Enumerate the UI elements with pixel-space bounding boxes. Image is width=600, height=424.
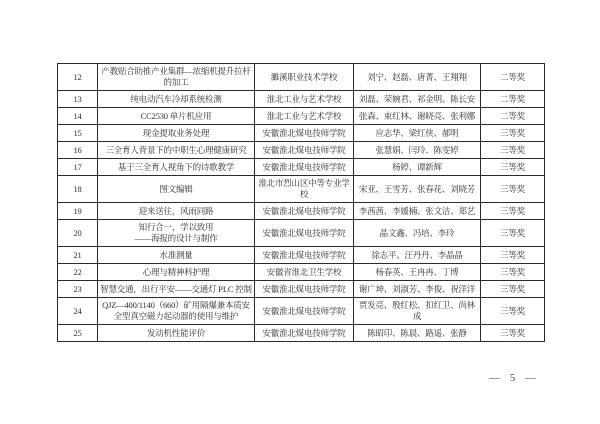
- table-row: 20知行合一，学以致用 ——海报的设计与制作安徽淮北煤电技师学院晶文鑫、冯培、李…: [58, 220, 545, 247]
- members-cell: 晶文鑫、冯培、李玲: [354, 220, 481, 247]
- award-cell: 三等奖: [481, 176, 545, 203]
- award-cell: 二等奖: [481, 91, 545, 108]
- row-number-cell: 13: [58, 91, 98, 108]
- award-cell: 三等奖: [481, 298, 545, 325]
- table-row: 25发动机性能评价安徽淮北煤电技师学院陈昭印、陈晨、路遥、张静三等奖: [58, 325, 545, 342]
- school-cell: 濉溪职业技术学校: [255, 64, 354, 91]
- project-cell: 三全育人背景下的中职生心理健康研究: [98, 142, 255, 159]
- award-cell: 三等奖: [481, 325, 545, 342]
- row-number-cell: 17: [58, 159, 98, 176]
- members-cell: 贾发亮、殷红松、扣红卫、尚林成: [354, 298, 481, 325]
- members-cell: 应志华、梁红侠、郝明: [354, 125, 481, 142]
- document-page: 12产教贴合助推产业集群—浓缩机提升拉杆的加工濉溪职业技术学校刘宁、赵磊、唐菁、…: [0, 0, 600, 424]
- table-row: 16三全育人背景下的中职生心理健康研究安徽淮北煤电技师学院张慧娟、闫玲、陈雯婷三…: [58, 142, 545, 159]
- school-cell: 安徽淮北煤电技师学院: [255, 281, 354, 298]
- school-cell: 淮北工业与艺术学校: [255, 91, 354, 108]
- row-number-cell: 19: [58, 203, 98, 220]
- members-cell: 杨春英、王冉冉、丁博: [354, 264, 481, 281]
- table-row: 17基于三全育人视角下的诗歌教学安徽淮北煤电技师学院杨婷、谭新辉三等奖: [58, 159, 545, 176]
- award-cell: 三等奖: [481, 281, 545, 298]
- table-row: 12产教贴合助推产业集群—浓缩机提升拉杆的加工濉溪职业技术学校刘宁、赵磊、唐菁、…: [58, 64, 545, 91]
- project-cell: 发动机性能评价: [98, 325, 255, 342]
- school-cell: 淮北市烈山区中等专业学校: [255, 176, 354, 203]
- table-row: 23智慧交通，出行平安——交通灯 PLC 控制安徽淮北煤电技师学院谢广坤、刘淑芳…: [58, 281, 545, 298]
- members-cell: 徐志平、汪丹丹、李晶晶: [354, 247, 481, 264]
- row-number-cell: 12: [58, 64, 98, 91]
- school-cell: 安徽淮北煤电技师学院: [255, 325, 354, 342]
- school-cell: 安徽淮北煤电技师学院: [255, 159, 354, 176]
- project-cell: 心理与精神科护理: [98, 264, 255, 281]
- school-cell: 安徽淮北煤电技师学院: [255, 203, 354, 220]
- table-row: 19迎来送往，风雨同路安徽淮北煤电技师学院李茜茜、李媛楠、张文洁、郑艺三等奖: [58, 203, 545, 220]
- members-cell: 张森、束红林、谢晓亮、张利娜: [354, 108, 481, 125]
- school-cell: 安徽淮北煤电技师学院: [255, 298, 354, 325]
- award-cell: 三等奖: [481, 159, 545, 176]
- award-cell: 三等奖: [481, 203, 545, 220]
- school-cell: 安徽淮北煤电技师学院: [255, 220, 354, 247]
- row-number-cell: 22: [58, 264, 98, 281]
- project-cell: 迎来送往，风雨同路: [98, 203, 255, 220]
- row-number-cell: 15: [58, 125, 98, 142]
- table-row: 21水准测量安徽淮北煤电技师学院徐志平、汪丹丹、李晶晶三等奖: [58, 247, 545, 264]
- table-row: 13纯电动汽车冷却系统检测淮北工业与艺术学校刘磊、荣婉君、祁金明、陈长安二等奖: [58, 91, 545, 108]
- award-cell: 三等奖: [481, 220, 545, 247]
- project-cell: 基于三全育人视角下的诗歌教学: [98, 159, 255, 176]
- school-cell: 安徽淮北煤电技师学院: [255, 125, 354, 142]
- school-cell: 安徽省淮北卫生学校: [255, 264, 354, 281]
- members-cell: 刘宁、赵磊、唐菁、王翔翔: [354, 64, 481, 91]
- table-row: 24QJZ—400/1140（660）矿用隔爆兼本质安全型真空磁力起动器的使用与…: [58, 298, 545, 325]
- row-number-cell: 25: [58, 325, 98, 342]
- row-number-cell: 16: [58, 142, 98, 159]
- row-number-cell: 18: [58, 176, 98, 203]
- table-row: 15现金提取业务处理安徽淮北煤电技师学院应志华、梁红侠、郝明三等奖: [58, 125, 545, 142]
- members-cell: 陈昭印、陈晨、路遥、张静: [354, 325, 481, 342]
- project-cell: 智慧交通，出行平安——交通灯 PLC 控制: [98, 281, 255, 298]
- awards-table: 12产教贴合助推产业集群—浓缩机提升拉杆的加工濉溪职业技术学校刘宁、赵磊、唐菁、…: [57, 63, 545, 342]
- award-cell: 三等奖: [481, 264, 545, 281]
- project-cell: 图文编辑: [98, 176, 255, 203]
- award-cell: 三等奖: [481, 142, 545, 159]
- project-cell: 现金提取业务处理: [98, 125, 255, 142]
- project-cell: 纯电动汽车冷却系统检测: [98, 91, 255, 108]
- school-cell: 安徽淮北煤电技师学院: [255, 247, 354, 264]
- row-number-cell: 24: [58, 298, 98, 325]
- table-row: 18图文编辑淮北市烈山区中等专业学校宋亚、王雪芳、张春花、刘晓芳三等奖: [58, 176, 545, 203]
- table-row: 14CC2530 单片机应用淮北工业与艺术学校张森、束红林、谢晓亮、张利娜二等奖: [58, 108, 545, 125]
- page-number: — 5 —: [483, 372, 543, 384]
- school-cell: 安徽淮北煤电技师学院: [255, 142, 354, 159]
- school-cell: 淮北工业与艺术学校: [255, 108, 354, 125]
- awards-table-body: 12产教贴合助推产业集群—浓缩机提升拉杆的加工濉溪职业技术学校刘宁、赵磊、唐菁、…: [58, 64, 545, 342]
- award-cell: 二等奖: [481, 64, 545, 91]
- row-number-cell: 20: [58, 220, 98, 247]
- row-number-cell: 14: [58, 108, 98, 125]
- award-cell: 三等奖: [481, 247, 545, 264]
- award-cell: 三等奖: [481, 125, 545, 142]
- row-number-cell: 23: [58, 281, 98, 298]
- project-cell: 知行合一，学以致用 ——海报的设计与制作: [98, 220, 255, 247]
- table-row: 22心理与精神科护理安徽省淮北卫生学校杨春英、王冉冉、丁博三等奖: [58, 264, 545, 281]
- row-number-cell: 21: [58, 247, 98, 264]
- project-cell: CC2530 单片机应用: [98, 108, 255, 125]
- members-cell: 李茜茜、李媛楠、张文洁、郑艺: [354, 203, 481, 220]
- members-cell: 杨婷、谭新辉: [354, 159, 481, 176]
- project-cell: 产教贴合助推产业集群—浓缩机提升拉杆的加工: [98, 64, 255, 91]
- members-cell: 宋亚、王雪芳、张春花、刘晓芳: [354, 176, 481, 203]
- award-cell: 二等奖: [481, 108, 545, 125]
- project-cell: QJZ—400/1140（660）矿用隔爆兼本质安全型真空磁力起动器的使用与维护: [98, 298, 255, 325]
- project-cell: 水准测量: [98, 247, 255, 264]
- members-cell: 刘磊、荣婉君、祁金明、陈长安: [354, 91, 481, 108]
- members-cell: 谢广坤、刘淑芳、李俊、祝洋洋: [354, 281, 481, 298]
- members-cell: 张慧娟、闫玲、陈雯婷: [354, 142, 481, 159]
